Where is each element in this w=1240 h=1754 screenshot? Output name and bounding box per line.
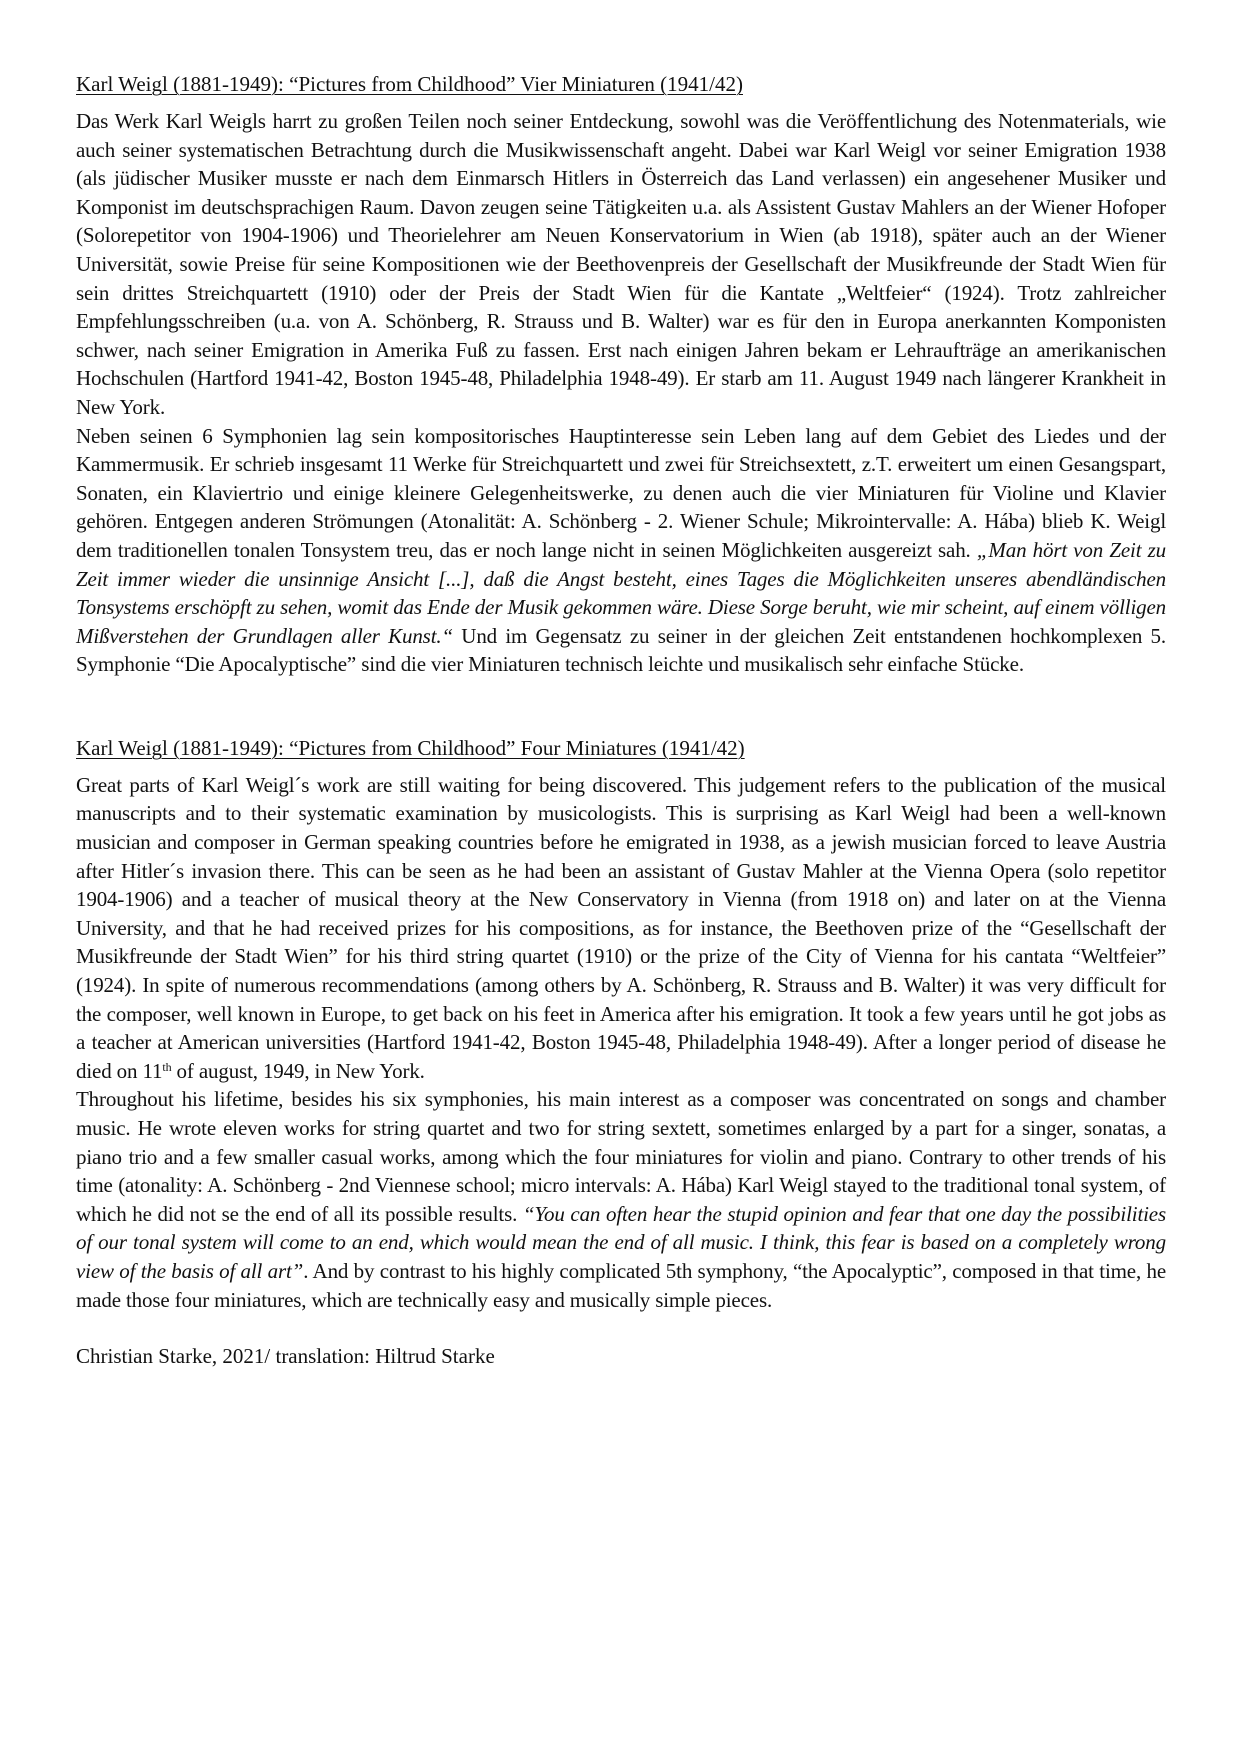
english-paragraph-biography: Great parts of Karl Weigl´s work are sti… — [76, 771, 1166, 1086]
english-paragraph-works: Throughout his lifetime, besides his six… — [76, 1085, 1166, 1314]
document-page: Karl Weigl (1881-1949): “Pictures from C… — [76, 70, 1166, 1370]
english-biography-ending: of august, 1949, in New York. — [171, 1059, 424, 1083]
german-section: Karl Weigl (1881-1949): “Pictures from C… — [76, 70, 1166, 679]
english-biography-text: Great parts of Karl Weigl´s work are sti… — [76, 773, 1166, 1083]
author-signature: Christian Starke, 2021/ translation: Hil… — [76, 1342, 1166, 1370]
german-heading: Karl Weigl (1881-1949): “Pictures from C… — [76, 70, 1166, 98]
german-paragraph-works: Neben seinen 6 Symphonien lag sein kompo… — [76, 422, 1166, 679]
english-section: Karl Weigl (1881-1949): “Pictures from C… — [76, 734, 1166, 1314]
german-paragraph-biography: Das Werk Karl Weigls harrt zu großen Tei… — [76, 107, 1166, 422]
english-heading: Karl Weigl (1881-1949): “Pictures from C… — [76, 734, 1166, 762]
